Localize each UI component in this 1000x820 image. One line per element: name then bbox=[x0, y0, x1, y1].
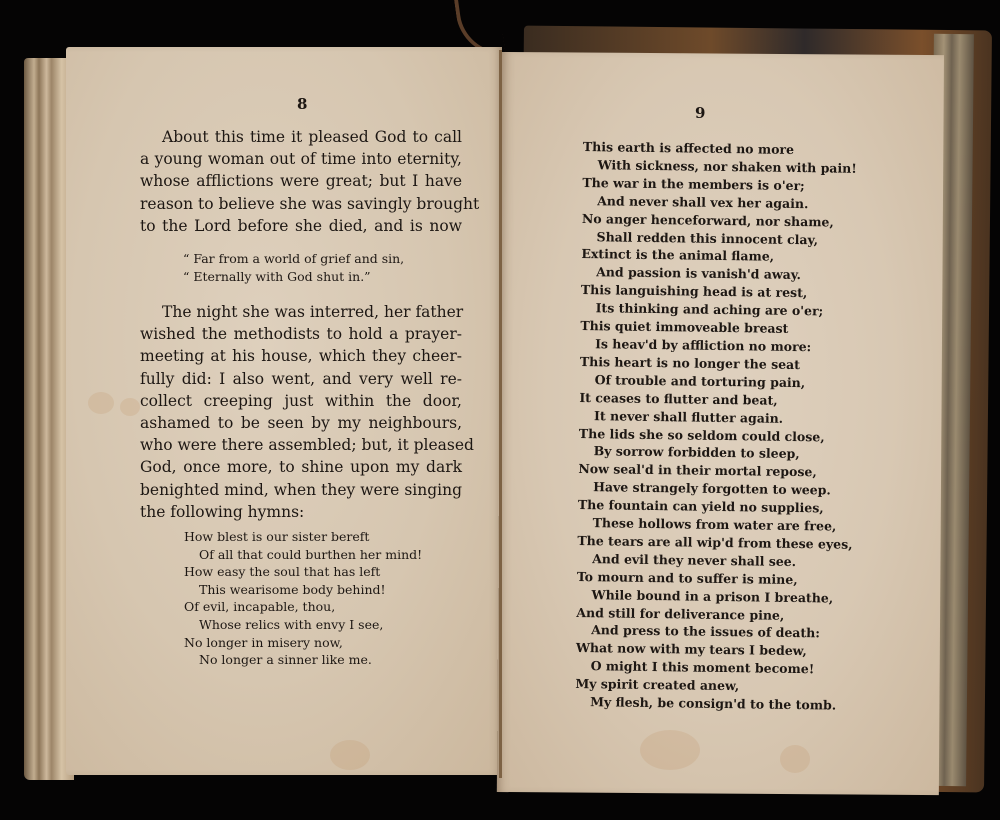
text-line: About this time it pleased God to call bbox=[140, 126, 462, 148]
text-line: reason to believe she was savingly broug… bbox=[140, 193, 462, 215]
text-line: ashamed to be seen by my neighbours, bbox=[140, 412, 462, 434]
hymn-line: Of all that could burthen her mind! bbox=[184, 546, 422, 564]
hymn-line: Whose relics with envy I see, bbox=[184, 616, 422, 634]
foxing-stain bbox=[780, 745, 810, 773]
poem-block: This earth is affected no more With sick… bbox=[575, 138, 858, 715]
prose-paragraph-2: The night she was interred, her father w… bbox=[140, 301, 462, 523]
foxing-stain bbox=[330, 740, 370, 770]
hymn-line: No longer a sinner like me. bbox=[184, 651, 422, 669]
hymn-line: This wearisome body behind! bbox=[184, 581, 422, 599]
text-line: who were there assembled; but, it please… bbox=[140, 434, 462, 456]
quote-line: “ Eternally with God shut in.” bbox=[183, 268, 404, 286]
quote-block: “ Far from a world of grief and sin, “ E… bbox=[183, 250, 404, 286]
foxing-stain bbox=[120, 398, 140, 416]
text-line: fully did: I also went, and very well re… bbox=[140, 368, 462, 390]
hymn-line: Of evil, incapable, thou, bbox=[184, 598, 422, 616]
foxing-stain bbox=[640, 730, 700, 770]
text-line: benighted mind, when they were singing bbox=[140, 479, 462, 501]
hymn-line: No longer in misery now, bbox=[184, 634, 422, 652]
text-line: collect creeping just within the door, bbox=[140, 390, 462, 412]
text-line: the following hymns: bbox=[140, 501, 462, 523]
poem-line: My flesh, be consign'd to the tomb. bbox=[575, 693, 850, 715]
text-line: a young woman out of time into eternity, bbox=[140, 148, 462, 170]
text-line: wished the methodists to hold a prayer- bbox=[140, 323, 462, 345]
page-number-right: 9 bbox=[695, 104, 705, 122]
prose-paragraph-1: About this time it pleased God to call a… bbox=[140, 126, 462, 237]
text-line: God, once more, to shine upon my dark bbox=[140, 456, 462, 478]
hymn-line: How easy the soul that has left bbox=[184, 563, 422, 581]
text-line: whose afflictions were great; but I have bbox=[140, 170, 462, 192]
foxing-stain bbox=[88, 392, 114, 414]
quote-line: “ Far from a world of grief and sin, bbox=[183, 250, 404, 268]
gutter-fold bbox=[499, 50, 502, 778]
hymn-line: How blest is our sister bereft bbox=[184, 528, 422, 546]
hymn-stanza: How blest is our sister bereft Of all th… bbox=[184, 528, 422, 669]
text-line: to the Lord before she died, and is now bbox=[140, 215, 462, 237]
text-line: The night she was interred, her father bbox=[140, 301, 462, 323]
text-line: meeting at his house, which they cheer- bbox=[140, 345, 462, 367]
page-number-left: 8 bbox=[297, 95, 307, 113]
